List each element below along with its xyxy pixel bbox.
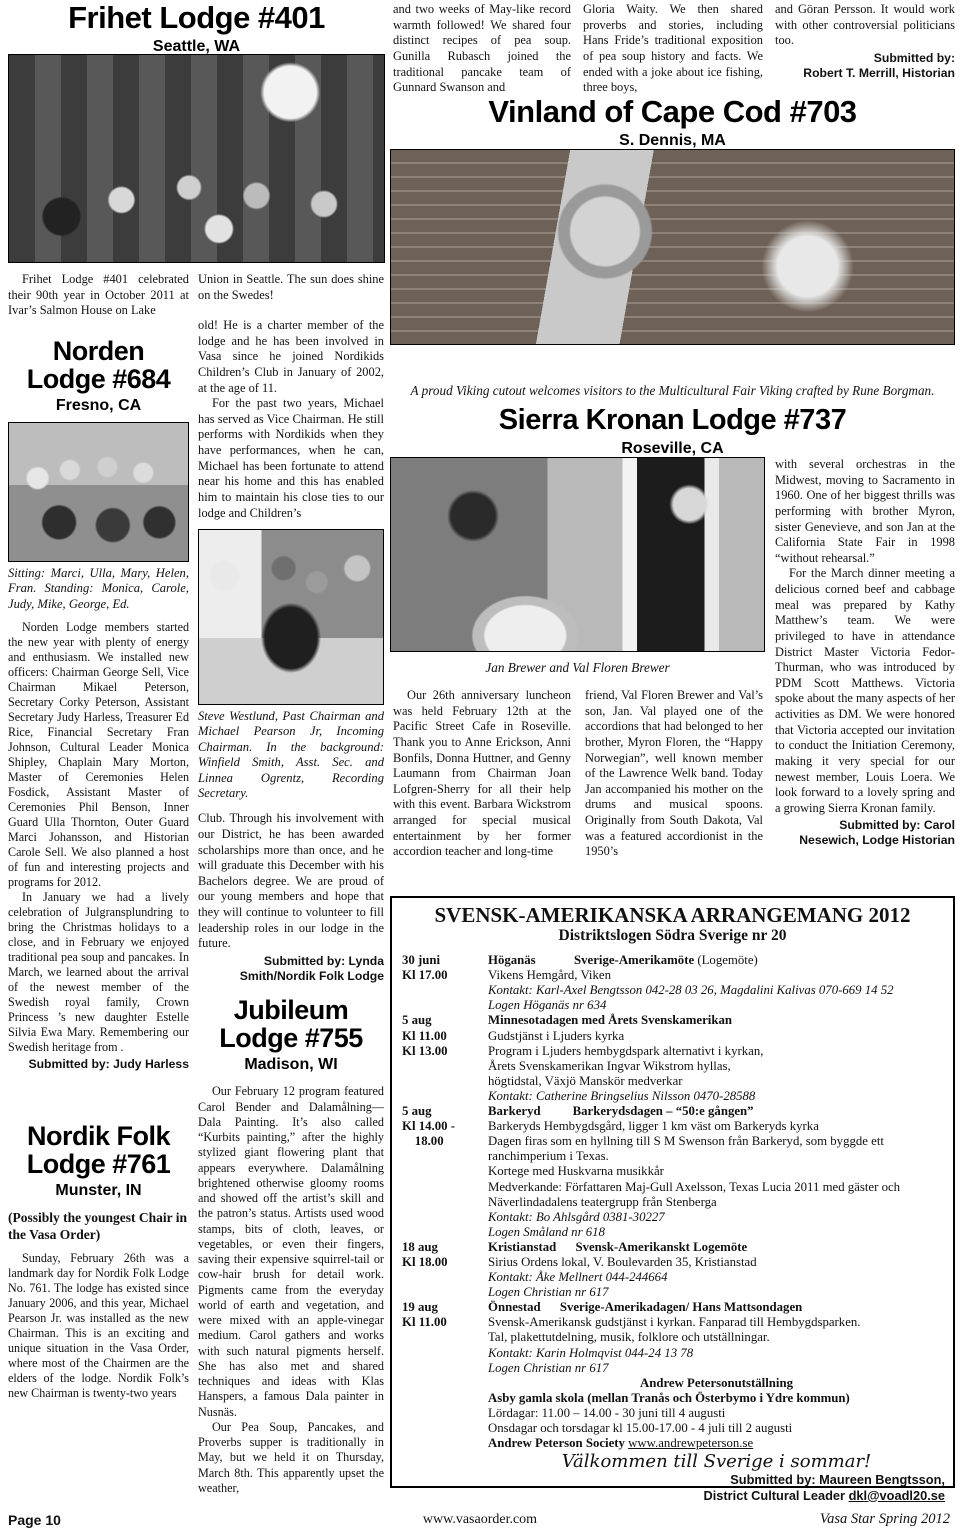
schedule-text-segment (536, 953, 574, 967)
norden-article: Norden Lodge members started the new yea… (8, 620, 189, 1055)
schedule-row-text: Medverkande: Författaren Maj-Gull Axelss… (488, 1180, 949, 1195)
schedule-row-when (396, 1285, 488, 1300)
schedule-row: 18 augKristianstad Svensk-Amerikanskt Lo… (396, 1240, 949, 1255)
schedule-row-text: Asby gamla skola (mellan Tranås och Öste… (488, 1391, 949, 1406)
schedule-link[interactable]: www.andrewpeterson.se (628, 1436, 753, 1450)
footer-issue: Vasa Star Spring 2012 (820, 1511, 950, 1528)
schedule-text-segment: (Logemöte) (694, 953, 758, 967)
frihet-title: Frihet Lodge #401 (8, 2, 385, 34)
nordik-title: Nordik Folk Lodge #761 (8, 1123, 189, 1178)
jubileum-title-line1: Jubileum (198, 997, 384, 1025)
schedule-text-segment: Lördagar: 11.00 – 14.00 - 30 juni till 4… (488, 1406, 725, 1420)
norden-title: Norden Lodge #684 (8, 338, 189, 393)
schedule-row: Logen Höganäs nr 634 (396, 998, 949, 1013)
schedule-text-segment: Barkeryds Hembygdsgård, ligger 1 km väst… (488, 1119, 819, 1133)
schedule-row: Asby gamla skola (mellan Tranås och Öste… (396, 1391, 949, 1406)
schedule-row-when (396, 1059, 488, 1074)
frihet-col2: Union in Seattle. The sun does shine on … (198, 272, 384, 303)
schedule-row-when (396, 1330, 488, 1345)
schedule-text-segment: Årets Svenskamerikan Ingvar Wikstrom hyl… (488, 1059, 731, 1073)
schedule-text-segment: Onsdagar och torsdagar kl 15.00-17.00 - … (488, 1421, 792, 1435)
frihet-submitted-line1: Submitted by: (775, 51, 955, 66)
schedule-row: Kl 17.00Vikens Hemgård, Viken (396, 968, 949, 983)
schedule-text-segment: Logen Höganäs nr 634 (488, 998, 606, 1012)
schedule-row-text: Välkommen till Sverige i sommar! (488, 1451, 949, 1472)
jubileum-title-line2: Lodge #755 (198, 1025, 384, 1053)
schedule-row-text: District Cultural Leader dkl@voadl20.se (488, 1488, 949, 1503)
sierra-submitted-line1: Submitted by: Carol (775, 818, 955, 833)
schedule-row-text: Submitted by: Maureen Bengtsson, (488, 1472, 949, 1487)
schedule-row-when (396, 1225, 488, 1240)
schedule-text-segment: Svensk-Amerikansk gudstjänst i kyrkan. F… (488, 1315, 860, 1329)
jubileum-location: Madison, WI (198, 1056, 384, 1074)
nordik-photo-caption: Steve Westlund, Past Chairman and Michae… (198, 709, 384, 801)
schedule-row: Kontakt: Bo Ahlsgård 0381-30227 (396, 1210, 949, 1225)
schedule-row-when (396, 1164, 488, 1179)
schedule-row-text: Sirius Ordens lokal, V. Boulevarden 35, … (488, 1255, 949, 1270)
schedule-text-segment: Sirius Ordens lokal, V. Boulevarden 35, … (488, 1255, 757, 1269)
nordik-cont1: old! He is a charter member of the lodge… (198, 318, 384, 396)
nordik-note: (Possibly the youngest Chair in the Vasa… (8, 1210, 189, 1242)
schedule-text-segment: Barkerydsdagen – “50:e gången” (573, 1104, 754, 1118)
jubileum-para2: Our Pea Soup, Pancakes, and Proverbs sup… (198, 1420, 384, 1496)
nordik-cont-bottom: Club. Through his involvement with our D… (198, 811, 384, 952)
norden-location: Fresno, CA (8, 397, 189, 415)
nordik-para1: Sunday, February 26th was a landmark day… (8, 1251, 189, 1401)
schedule-row-when (396, 1074, 488, 1089)
sierra-submitted-line2: Nesewich, Lodge Historian (775, 833, 955, 848)
schedule-text-segment (541, 1300, 560, 1314)
sierra-photo-caption: Jan Brewer and Val Floren Brewer (390, 660, 765, 676)
schedule-row-text: Kontakt: Catherine Bringselius Nilsson 0… (488, 1089, 949, 1104)
schedule-row: Submitted by: Maureen Bengtsson, (396, 1472, 949, 1487)
sierra-musicians-photo (390, 457, 765, 652)
frihet-col1-text: Frihet Lodge #401 celebrated their 90th … (8, 272, 189, 319)
schedule-row: Tal, plakettutdelning, musik, folklore o… (396, 1330, 949, 1345)
frihet-cont-col3: and two weeks of May-like record warmth … (393, 2, 571, 96)
schedule-row: högtidstal, Växjö Manskör medverkar (396, 1074, 949, 1089)
frihet-submitted: Submitted by: Robert T. Merrill, Histori… (775, 51, 955, 80)
schedule-text-segment: Vikens Hemgård, Viken (488, 968, 611, 982)
schedule-row-when (396, 1149, 488, 1164)
schedule-row-when: Kl 18.00 (396, 1255, 488, 1270)
norden-section: Norden Lodge #684 Fresno, CA Sitting: Ma… (8, 338, 189, 1401)
schedule-text-segment: högtidstal, Växjö Manskör medverkar (488, 1074, 683, 1088)
schedule-row: 18.00Dagen firas som en hyllning till S … (396, 1134, 949, 1149)
schedule-text-segment: Sverige-Amerikamöte (574, 953, 694, 967)
schedule-text-segment: Kortege med Huskvarna musikkår (488, 1164, 664, 1178)
schedule-row-text: Barkeryd Barkerydsdagen – “50:e gången” (488, 1104, 949, 1119)
schedule-text-segment: Program i Ljuders hembygdspark alternati… (488, 1044, 763, 1058)
schedule-row-text: Barkeryds Hembygdsgård, ligger 1 km väst… (488, 1119, 949, 1134)
schedule-row: Kl 11.00Svensk-Amerikansk gudstjänst i k… (396, 1315, 949, 1330)
schedule-row: 30 juniHöganäs Sverige-Amerikamöte (Loge… (396, 953, 949, 968)
schedule-row-when: 5 aug (396, 1013, 488, 1028)
schedule-row: District Cultural Leader dkl@voadl20.se (396, 1488, 949, 1503)
schedule-row: Kontakt: Åke Mellnert 044-244664 (396, 1270, 949, 1285)
schedule-text-segment: Välkommen till Sverige i sommar! (562, 1451, 872, 1472)
schedule-row-when (396, 1421, 488, 1436)
norden-group-photo (8, 422, 189, 562)
nordik-section-head: Nordik Folk Lodge #761 Munster, IN (8, 1123, 189, 1200)
sierra-col4: friend, Val Floren Brewer and Val’s son,… (585, 688, 763, 860)
schedule-row-text: Kontakt: Karin Holmqvist 044-24 13 78 (488, 1346, 949, 1361)
schedule-row-text: Logen Höganäs nr 634 (488, 998, 949, 1013)
norden-para2: In January we had a lively celebration o… (8, 890, 189, 1055)
schedule-row-text: Onsdagar och torsdagar kl 15.00-17.00 - … (488, 1421, 949, 1436)
schedule-row-when: Kl 17.00 (396, 968, 488, 983)
schedule-text-segment (541, 1104, 573, 1118)
schedule-title: SVENSK-AMERIKANSKA ARRANGEMANG 2012 (396, 904, 949, 927)
schedule-row: 5 aug Minnesotadagen med Årets Svenskame… (396, 1013, 949, 1028)
col2-flow: old! He is a charter member of the lodge… (198, 318, 384, 1496)
frihet-cont-col3-text: and two weeks of May-like record warmth … (393, 2, 571, 96)
frihet-submitted-line2: Robert T. Merrill, Historian (775, 66, 955, 81)
frihet-group-photo (8, 54, 385, 263)
schedule-row-text: Logen Småland nr 618 (488, 1225, 949, 1240)
schedule-text-segment: Andrew Petersonutställning (640, 1376, 793, 1390)
schedule-row: Näverlindadalens teatergrupp från Stenbe… (396, 1195, 949, 1210)
schedule-text-segment: Kontakt: Åke Mellnert 044-244664 (488, 1270, 667, 1284)
schedule-row-when (396, 1451, 488, 1472)
schedule-row-text: Lördagar: 11.00 – 14.00 - 30 juni till 4… (488, 1406, 949, 1421)
schedule-row-text: Program i Ljuders hembygdspark alternati… (488, 1044, 949, 1059)
schedule-text-segment: Tal, plakettutdelning, musik, folklore o… (488, 1330, 770, 1344)
schedule-text-segment: Logen Christian nr 617 (488, 1285, 609, 1299)
schedule-row-when (396, 998, 488, 1013)
schedule-row: 5 augBarkeryd Barkerydsdagen – “50:e gån… (396, 1104, 949, 1119)
schedule-text-segment: Kontakt: Catherine Bringselius Nilsson 0… (488, 1089, 755, 1103)
schedule-row: Andrew Petersonutställning (396, 1376, 949, 1391)
norden-para1: Norden Lodge members started the new yea… (8, 620, 189, 890)
schedule-row-text: ranchimperium i Texas. (488, 1149, 949, 1164)
schedule-row-text: Önnestad Sverige-Amerikadagen/ Hans Matt… (488, 1300, 949, 1315)
schedule-box: SVENSK-AMERIKANSKA ARRANGEMANG 2012 Dist… (390, 896, 955, 1488)
newsletter-page: Frihet Lodge #401 Seattle, WA Frihet Lod… (0, 0, 960, 1539)
schedule-row: Kl 14.00 -Barkeryds Hembygdsgård, ligger… (396, 1119, 949, 1134)
schedule-row-text: Kortege med Huskvarna musikkår (488, 1164, 949, 1179)
schedule-text-segment: Önnestad (488, 1300, 541, 1314)
schedule-row-when (396, 1346, 488, 1361)
schedule-text-segment: District Cultural Leader (704, 1488, 849, 1503)
sierra-location: Roseville, CA (390, 440, 955, 458)
sierra-title: Sierra Kronan Lodge #737 (390, 406, 955, 436)
schedule-row: Välkommen till Sverige i sommar! (396, 1451, 949, 1472)
schedule-row: Medverkande: Författaren Maj-Gull Axelss… (396, 1180, 949, 1195)
schedule-row: Onsdagar och torsdagar kl 15.00-17.00 - … (396, 1421, 949, 1436)
schedule-row-when: Kl 11.00 (396, 1315, 488, 1330)
schedule-row-when (396, 1195, 488, 1210)
schedule-row-text: Logen Christian nr 617 (488, 1361, 949, 1376)
norden-title-line1: Norden (8, 338, 189, 366)
footer-site-url[interactable]: www.vasaorder.com (0, 1512, 960, 1528)
schedule-text-segment: Logen Christian nr 617 (488, 1361, 609, 1375)
schedule-row-text: Näverlindadalens teatergrupp från Stenbe… (488, 1195, 949, 1210)
norden-submitted: Submitted by: Judy Harless (8, 1057, 189, 1072)
sierra-col4-text: friend, Val Floren Brewer and Val’s son,… (585, 688, 763, 860)
schedule-text-segment: Logen Småland nr 618 (488, 1225, 605, 1239)
schedule-text-segment: Kontakt: Bo Ahlsgård 0381-30227 (488, 1210, 665, 1224)
sierra-col5-para1: with several orchestras in the Midwest, … (775, 457, 955, 566)
schedule-row-when: Kl 14.00 - (396, 1119, 488, 1134)
sierra-submitted: Submitted by: Carol Nesewich, Lodge Hist… (775, 818, 955, 847)
nordik-cont-top: old! He is a charter member of the lodge… (198, 318, 384, 521)
frihet-section: Frihet Lodge #401 Seattle, WA (8, 2, 385, 56)
schedule-row: Lördagar: 11.00 – 14.00 - 30 juni till 4… (396, 1406, 949, 1421)
schedule-row-when (396, 1089, 488, 1104)
schedule-row-when (396, 1361, 488, 1376)
schedule-row-when (396, 1436, 488, 1451)
nordik-title-line1: Nordik Folk (8, 1123, 189, 1151)
vinland-caption: A proud Viking cutout welcomes visitors … (390, 383, 955, 399)
schedule-text-segment: Näverlindadalens teatergrupp från Stenbe… (488, 1195, 717, 1209)
schedule-row: Andrew Peterson Society www.andrewpeters… (396, 1436, 949, 1451)
nordik-cont3: Club. Through his involvement with our D… (198, 811, 384, 952)
schedule-row: Kortege med Huskvarna musikkår (396, 1164, 949, 1179)
schedule-row: ranchimperium i Texas. (396, 1149, 949, 1164)
schedule-text-segment: Submitted by: Maureen Bengtsson, (730, 1472, 945, 1487)
schedule-row-text: Vikens Hemgård, Viken (488, 968, 949, 983)
sierra-col3-text: Our 26th anniversary luncheon was held F… (393, 688, 571, 860)
schedule-text-segment: Gudstjänst i Ljuders kyrka (488, 1029, 624, 1043)
nordik-cont2: For the past two years, Michael has serv… (198, 396, 384, 521)
frihet-col1: Frihet Lodge #401 celebrated their 90th … (8, 272, 189, 319)
schedule-row-text: Kontakt: Åke Mellnert 044-244664 (488, 1270, 949, 1285)
schedule-row: Logen Småland nr 618 (396, 1225, 949, 1240)
schedule-text-segment: Medverkande: Författaren Maj-Gull Axelss… (488, 1180, 900, 1194)
schedule-row-text: Logen Christian nr 617 (488, 1285, 949, 1300)
schedule-row-text: Svensk-Amerikansk gudstjänst i kyrkan. F… (488, 1315, 949, 1330)
schedule-row-text: Minnesotadagen med Årets Svenskamerikan (488, 1013, 949, 1028)
schedule-text-segment: Asby gamla skola (mellan Tranås och Öste… (488, 1391, 850, 1405)
frihet-location: Seattle, WA (8, 38, 385, 56)
schedule-row: Kontakt: Karl-Axel Bengtsson 042-28 03 2… (396, 983, 949, 998)
sierra-col5-para2: For the March dinner meeting a delicious… (775, 566, 955, 816)
schedule-text-segment (556, 1240, 575, 1254)
schedule-row-when: 5 aug (396, 1104, 488, 1119)
frihet-cont-col5-text: and Göran Persson. It would work with ot… (775, 2, 955, 49)
nordik-submitted-line2: Smith/Nordik Folk Lodge (198, 969, 384, 984)
schedule-text-segment: Andrew Peterson Society (488, 1436, 628, 1450)
schedule-row-text: Gudstjänst i Ljuders kyrka (488, 1029, 949, 1044)
vinland-title: Vinland of Cape Cod #703 (390, 96, 955, 128)
schedule-row-when: Kl 11.00 (396, 1029, 488, 1044)
schedule-row: Kl 18.00Sirius Ordens lokal, V. Boulevar… (396, 1255, 949, 1270)
jubileum-section-head: Jubileum Lodge #755 Madison, WI (198, 997, 384, 1074)
schedule-row: Logen Christian nr 617 (396, 1361, 949, 1376)
sierra-col3: Our 26th anniversary luncheon was held F… (393, 688, 571, 860)
schedule-subtitle: Distriktslogen Södra Sverige nr 20 (396, 927, 949, 945)
vinland-location: S. Dennis, MA (390, 132, 955, 150)
schedule-text-segment: Kristianstad (488, 1240, 556, 1254)
schedule-row: Årets Svenskamerikan Ingvar Wikstrom hyl… (396, 1059, 949, 1074)
nordik-title-line2: Lodge #761 (8, 1151, 189, 1179)
schedule-row-text: Årets Svenskamerikan Ingvar Wikstrom hyl… (488, 1059, 949, 1074)
frihet-col2-text: Union in Seattle. The sun does shine on … (198, 272, 384, 303)
schedule-row-when (396, 1376, 488, 1391)
sierra-col5: with several orchestras in the Midwest, … (775, 457, 955, 848)
schedule-row-when (396, 1472, 488, 1487)
schedule-text-segment: Höganäs (488, 953, 536, 967)
schedule-link[interactable]: dkl@voadl20.se (849, 1488, 945, 1503)
schedule-row: Kl 11.00Gudstjänst i Ljuders kyrka (396, 1029, 949, 1044)
schedule-text-segment: Kontakt: Karl-Axel Bengtsson 042-28 03 2… (488, 983, 894, 997)
schedule-row-when: 30 juni (396, 953, 488, 968)
schedule-text-segment: Kontakt: Karin Holmqvist 044-24 13 78 (488, 1346, 693, 1360)
schedule-row-when (396, 983, 488, 998)
schedule-row-text: Tal, plakettutdelning, musik, folklore o… (488, 1330, 949, 1345)
schedule-row: Logen Christian nr 617 (396, 1285, 949, 1300)
sierra-section-head: Sierra Kronan Lodge #737 Roseville, CA (390, 406, 955, 458)
schedule-row-when: 18.00 (396, 1134, 488, 1149)
frihet-cont-col4-text: Gloria Waity. We then shared proverbs an… (583, 2, 763, 96)
schedule-row-text: Andrew Petersonutställning (488, 1376, 949, 1391)
vinland-viking-photo (390, 149, 955, 345)
schedule-row-when (396, 1488, 488, 1503)
schedule-text-segment: ranchimperium i Texas. (488, 1149, 609, 1163)
nordik-article-start: Sunday, February 26th was a landmark day… (8, 1251, 189, 1401)
nordik-handshake-photo (198, 529, 384, 705)
norden-caption: Sitting: Marci, Ulla, Mary, Helen, Fran.… (8, 566, 189, 612)
schedule-text-segment: Barkeryd (488, 1104, 541, 1118)
schedule-row-when (396, 1406, 488, 1421)
frihet-cont-col5: and Göran Persson. It would work with ot… (775, 2, 955, 80)
jubileum-title: Jubileum Lodge #755 (198, 997, 384, 1052)
schedule-row-when: Kl 13.00 (396, 1044, 488, 1059)
norden-title-line2: Lodge #684 (8, 366, 189, 394)
schedule-row-text: Höganäs Sverige-Amerikamöte (Logemöte) (488, 953, 949, 968)
jubileum-article: Our February 12 program featured Carol B… (198, 1084, 384, 1496)
schedule-row: Kl 13.00Program i Ljuders hembygdspark a… (396, 1044, 949, 1059)
vinland-section: Vinland of Cape Cod #703 S. Dennis, MA (390, 96, 955, 150)
schedule-row-text: Kristianstad Svensk-Amerikanskt Logemöte (488, 1240, 949, 1255)
nordik-submitted: Submitted by: Lynda Smith/Nordik Folk Lo… (198, 954, 384, 983)
schedule-row-text: Andrew Peterson Society www.andrewpeters… (488, 1436, 949, 1451)
nordik-submitted-line1: Submitted by: Lynda (198, 954, 384, 969)
jubileum-para1: Our February 12 program featured Carol B… (198, 1084, 384, 1420)
schedule-row-when (396, 1391, 488, 1406)
schedule-row-when (396, 1180, 488, 1195)
schedule-text-segment: Svensk-Amerikanskt Logemöte (575, 1240, 747, 1254)
schedule-row: Kontakt: Karin Holmqvist 044-24 13 78 (396, 1346, 949, 1361)
schedule-row-when: 19 aug (396, 1300, 488, 1315)
schedule-row-when: 18 aug (396, 1240, 488, 1255)
schedule-row-text: Kontakt: Karl-Axel Bengtsson 042-28 03 2… (488, 983, 949, 998)
frihet-cont-col4: Gloria Waity. We then shared proverbs an… (583, 2, 763, 96)
schedule-row: 19 augÖnnestad Sverige-Amerikadagen/ Han… (396, 1300, 949, 1315)
schedule-row: Kontakt: Catherine Bringselius Nilsson 0… (396, 1089, 949, 1104)
schedule-text-segment: Dagen firas som en hyllning till S M Swe… (488, 1134, 884, 1148)
schedule-row-text: Dagen firas som en hyllning till S M Swe… (488, 1134, 949, 1149)
nordik-location: Munster, IN (8, 1182, 189, 1200)
schedule-row-text: högtidstal, Växjö Manskör medverkar (488, 1074, 949, 1089)
schedule-text-segment: Minnesotadagen med Årets Svenskamerikan (488, 1013, 732, 1027)
schedule-row-text: Kontakt: Bo Ahlsgård 0381-30227 (488, 1210, 949, 1225)
schedule-row-when (396, 1270, 488, 1285)
schedule-rows: 30 juniHöganäs Sverige-Amerikamöte (Loge… (396, 953, 949, 1503)
schedule-row-when (396, 1210, 488, 1225)
schedule-text-segment: Sverige-Amerikadagen/ Hans Mattsondagen (560, 1300, 802, 1314)
